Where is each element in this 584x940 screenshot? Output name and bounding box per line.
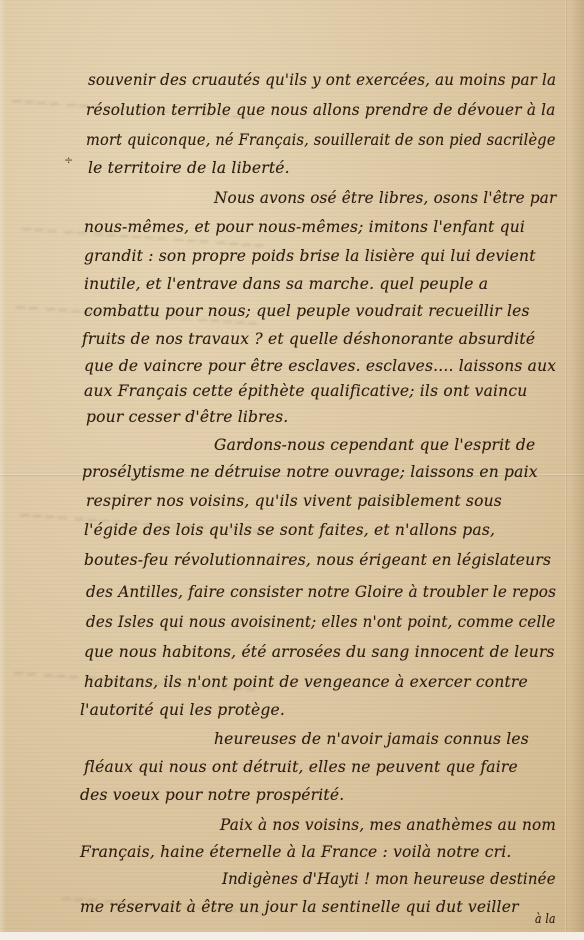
text-line: fruits de nos travaux ? et quelle déshon… (82, 330, 535, 348)
text-line: que de vaincre pour être esclaves. escla… (84, 357, 556, 375)
text-line paragraph-start: Paix à nos voisins, mes anathèmes au nom (220, 816, 556, 834)
text-line: habitans, ils n'ont point de vengeance à… (84, 673, 528, 691)
text-line: souvenir des cruautés qu'ils y ont exerc… (88, 71, 556, 89)
text-line: l'autorité qui les protège. (80, 701, 285, 719)
text-line: des voeux pour notre prospérité. (80, 786, 344, 804)
text-line: l'égide des lois qu'ils se sont faites, … (84, 521, 495, 539)
text-line: des Isles qui nous avoisinent; elles n'o… (86, 613, 556, 631)
text-line: pour cesser d'être libres. (86, 408, 288, 426)
text-line: que nous habitons, été arrosées du sang … (84, 643, 555, 661)
text-line: fléaux qui nous ont détruit, elles ne pe… (84, 758, 518, 776)
paper-fold-vertical (565, 0, 567, 932)
text-line: grandit : son propre poids brise la lisi… (84, 247, 536, 265)
page-bottom-edge (0, 932, 584, 940)
text-line: mort quiconque, né Français, souillerait… (86, 131, 556, 149)
text-line: nous-mêmes, et pour nous-mêmes; imitons … (84, 218, 525, 236)
text-line paragraph-start: Nous avons osé être libres, osons l'être… (214, 189, 556, 207)
text-line: prosélytisme ne détruise notre ouvrage; … (82, 463, 538, 481)
manuscript-page: ~~~ ~~ ~~~~ ~~~~~ ~~~~ ~~~~ ~~~ ~~~~~~ ~… (0, 0, 584, 932)
text-line: boutes-feu révolutionnaires, nous érigea… (84, 551, 551, 569)
text-line: inutile, et l'entrave dans sa marche. qu… (84, 275, 488, 293)
text-line: me réservait à être un jour la sentinell… (80, 898, 519, 916)
text-line: des Antilles, faire consister notre Gloi… (86, 583, 556, 601)
catchword: à la (535, 912, 556, 927)
text-line: combattu pour nous; quel peuple voudrait… (84, 302, 530, 320)
text-line paragraph-start: Gardons-nous cependant que l'esprit de (214, 436, 535, 454)
text-line: résolution terrible que nous allons pren… (86, 101, 556, 119)
text-line paragraph-start: heureuses de n'avoir jamais connus les (214, 730, 529, 748)
text-line: le territoire de la liberté. (88, 159, 290, 177)
text-line: aux Français cette épithète qualificativ… (84, 382, 527, 400)
text-line: respirer nos voisins, qu'ils vivent pais… (86, 492, 502, 510)
margin-mark: ÷ (64, 156, 73, 165)
text-line: Français, haine éternelle à la France : … (80, 843, 512, 861)
text-line paragraph-start: Indigènes d'Hayti ! mon heureuse destiné… (222, 870, 556, 888)
